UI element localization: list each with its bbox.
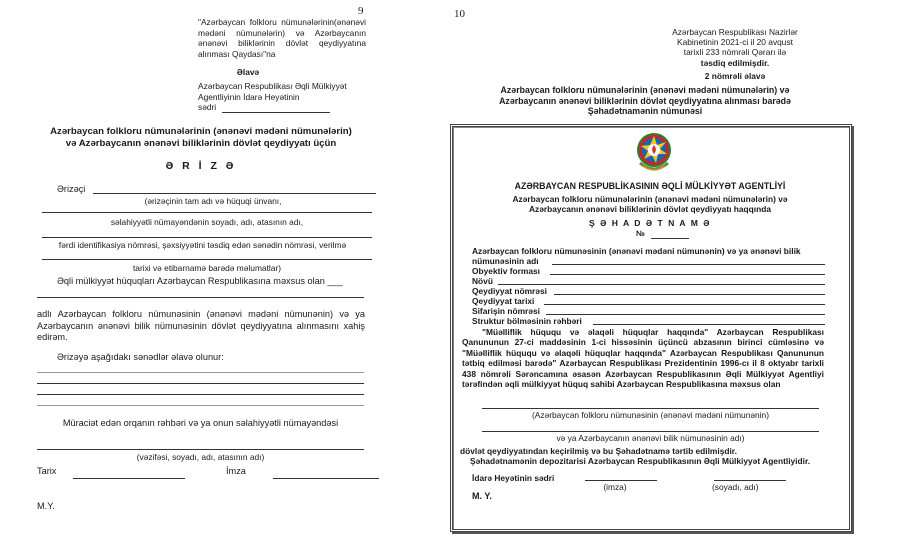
approval-line-1: Azərbaycan Respublikası Nazirlər bbox=[660, 27, 810, 38]
date-label: Tarix bbox=[37, 466, 56, 478]
field-objective-form-label: Obyektiv forması bbox=[472, 266, 540, 276]
form-title-line2: və Azərbaycanın ənənəvi biliklərinin döv… bbox=[30, 138, 372, 150]
field-order-number-label: Sifarişin nömrəsi bbox=[472, 306, 540, 316]
field-registration-number-line[interactable] bbox=[554, 294, 825, 295]
applicant-hint-3: fərdi identifikasiya nömrəsi, şəxsiyyəti… bbox=[30, 240, 375, 251]
applicant-hint-1: (ərizəçinin tam adı və hüquqi ünvanı, bbox=[93, 196, 333, 207]
depositary-text: Şəhadətnamənin depozitarisi Azərbaycan R… bbox=[470, 456, 810, 466]
appendix-label: 2 nömrəli əlavə bbox=[660, 71, 810, 82]
attachment-line-2[interactable] bbox=[37, 383, 364, 384]
coat-of-arms-icon bbox=[634, 131, 674, 175]
header-note: "Azərbaycan folkloru nümunələrinin(ənənə… bbox=[198, 17, 366, 59]
agency-name: AZƏRBAYCAN RESPUBLİKASININ ƏQLİ MÜLKİYYƏ… bbox=[460, 181, 840, 191]
field-structural-head-line[interactable] bbox=[593, 324, 825, 325]
attachments-label: Ərizəyə aşağıdakı sənədlər əlavə olunur: bbox=[57, 352, 224, 364]
seal-label: M.Y. bbox=[37, 501, 55, 513]
approval-line-3: tarixli 233 nömrəli Qərarı ilə bbox=[660, 47, 810, 58]
page-number: 9 bbox=[358, 5, 364, 17]
representative-hint: (vəzifəsi, soyadı, adı, atasının adı) bbox=[37, 452, 364, 463]
chair-name-line[interactable] bbox=[714, 480, 786, 481]
applicant-field-line-2[interactable] bbox=[42, 212, 372, 213]
field-registration-date-line[interactable] bbox=[544, 304, 825, 305]
object-name-line[interactable] bbox=[37, 297, 364, 298]
page-number: 10 bbox=[454, 8, 465, 20]
certificate-title-line1: Azərbaycan folkloru nümunələrinin (ənənə… bbox=[460, 85, 830, 96]
field-type-label: Növü bbox=[472, 276, 493, 286]
document-type-heading: Ə R İ Z Ə bbox=[30, 160, 372, 172]
appendix-label: Əlavə bbox=[198, 67, 298, 78]
object-name-hint-2: və ya Azərbaycanın ənənəvi bilik nümunəs… bbox=[482, 433, 819, 443]
applicant-hint-2: səlahiyyətli nümayəndənin soyadı, adı, a… bbox=[42, 217, 372, 228]
certificate-title-line3: Şəhadətnamənin nümunəsi bbox=[460, 106, 830, 117]
field-objective-form-line[interactable] bbox=[550, 274, 825, 275]
attachment-line-1[interactable] bbox=[37, 372, 364, 373]
field-order-number-line[interactable] bbox=[546, 314, 825, 315]
field-object-name-label-2: nümunəsinin adı bbox=[472, 256, 539, 266]
field-object-name-label: Azərbaycan folkloru nümunəsinin (ənənəvi… bbox=[472, 246, 801, 256]
left-page-application-form: 9 "Azərbaycan folkloru nümunələrinin(ənə… bbox=[0, 0, 430, 540]
right-page-certificate-sample: 10 Azərbaycan Respublikası Nazirlər Kabi… bbox=[440, 0, 900, 540]
attachment-line-4[interactable] bbox=[37, 405, 364, 406]
attachment-line-3[interactable] bbox=[37, 394, 364, 395]
chair-label: İdarə Heyətinin sədri bbox=[472, 473, 554, 483]
signature-label: İmza bbox=[226, 466, 246, 478]
field-structural-head-label: Struktur bölməsinin rəhbəri bbox=[472, 316, 582, 326]
chair-name-line bbox=[222, 112, 330, 113]
certificate-subtitle-2: Azərbaycanın ənənəvi biliklərinin dövlət… bbox=[460, 204, 840, 214]
certificate-subtitle-1: Azərbaycan folkloru nümunələrinin (ənənə… bbox=[460, 194, 840, 204]
chair-signature-line[interactable] bbox=[585, 480, 657, 481]
applicant-field-line[interactable] bbox=[93, 193, 376, 194]
addressee: Azərbaycan Respublikası Əqli Mülkiyyət A… bbox=[198, 81, 366, 102]
name-hint: (soyadı, adı) bbox=[712, 482, 759, 492]
object-name-line-2[interactable] bbox=[482, 431, 819, 432]
applicant-hint-4: tarixi və etibarnamə barədə məlumatlar) bbox=[42, 263, 372, 274]
applicant-label: Ərizəçi bbox=[57, 184, 85, 196]
ip-rights-line: Əqli mülkiyyət hüquqları Azərbaycan Resp… bbox=[57, 276, 343, 288]
seal-label: M. Y. bbox=[472, 491, 492, 501]
field-object-name-line[interactable] bbox=[552, 264, 825, 265]
certificate-number-line[interactable] bbox=[651, 238, 689, 239]
object-name-hint-1: (Azərbaycan folkloru nümunəsinin (ənənəv… bbox=[482, 410, 819, 420]
form-title-line1: Azərbaycan folkloru nümunələrinin (ənənə… bbox=[30, 126, 372, 138]
object-name-line-1[interactable] bbox=[482, 408, 819, 409]
date-field-line[interactable] bbox=[73, 478, 185, 479]
request-text: adlı Azərbaycan folkloru nümunəsinin (ən… bbox=[37, 309, 365, 344]
certificate-doc-type: Ş Ə H A D Ə T N A M Ə bbox=[460, 218, 840, 228]
approval-line-4: təsdiq edilmişdir. bbox=[660, 58, 810, 69]
representative-label: Müraciət edən orqanın rəhbəri və ya onun… bbox=[37, 418, 364, 430]
addressee-chair-label: sədri bbox=[198, 102, 216, 113]
field-registration-date-label: Qeydiyyat tarixi bbox=[472, 296, 534, 306]
certificate-legal-text: "Müəlliflik hüququ və əlaqəli hüquqlar h… bbox=[462, 327, 824, 389]
registered-text: dövlət qeydiyyatından keçirilmiş və bu Ş… bbox=[460, 446, 737, 456]
field-type-line[interactable] bbox=[498, 284, 825, 285]
signature-hint: (imza) bbox=[585, 482, 645, 492]
approval-line-2: Kabinetinin 2021-ci il 20 avqust bbox=[660, 37, 810, 48]
certificate-title-line2: Azərbaycanın ənənəvi biliklərinin dövlət… bbox=[460, 96, 830, 107]
applicant-field-line-3[interactable] bbox=[42, 237, 372, 238]
applicant-field-line-4[interactable] bbox=[42, 259, 372, 260]
certificate-number-label: № bbox=[636, 229, 645, 238]
signature-field-line[interactable] bbox=[273, 478, 379, 479]
field-registration-number-label: Qeydiyyat nömrəsi bbox=[472, 286, 547, 296]
representative-line[interactable] bbox=[37, 449, 364, 450]
